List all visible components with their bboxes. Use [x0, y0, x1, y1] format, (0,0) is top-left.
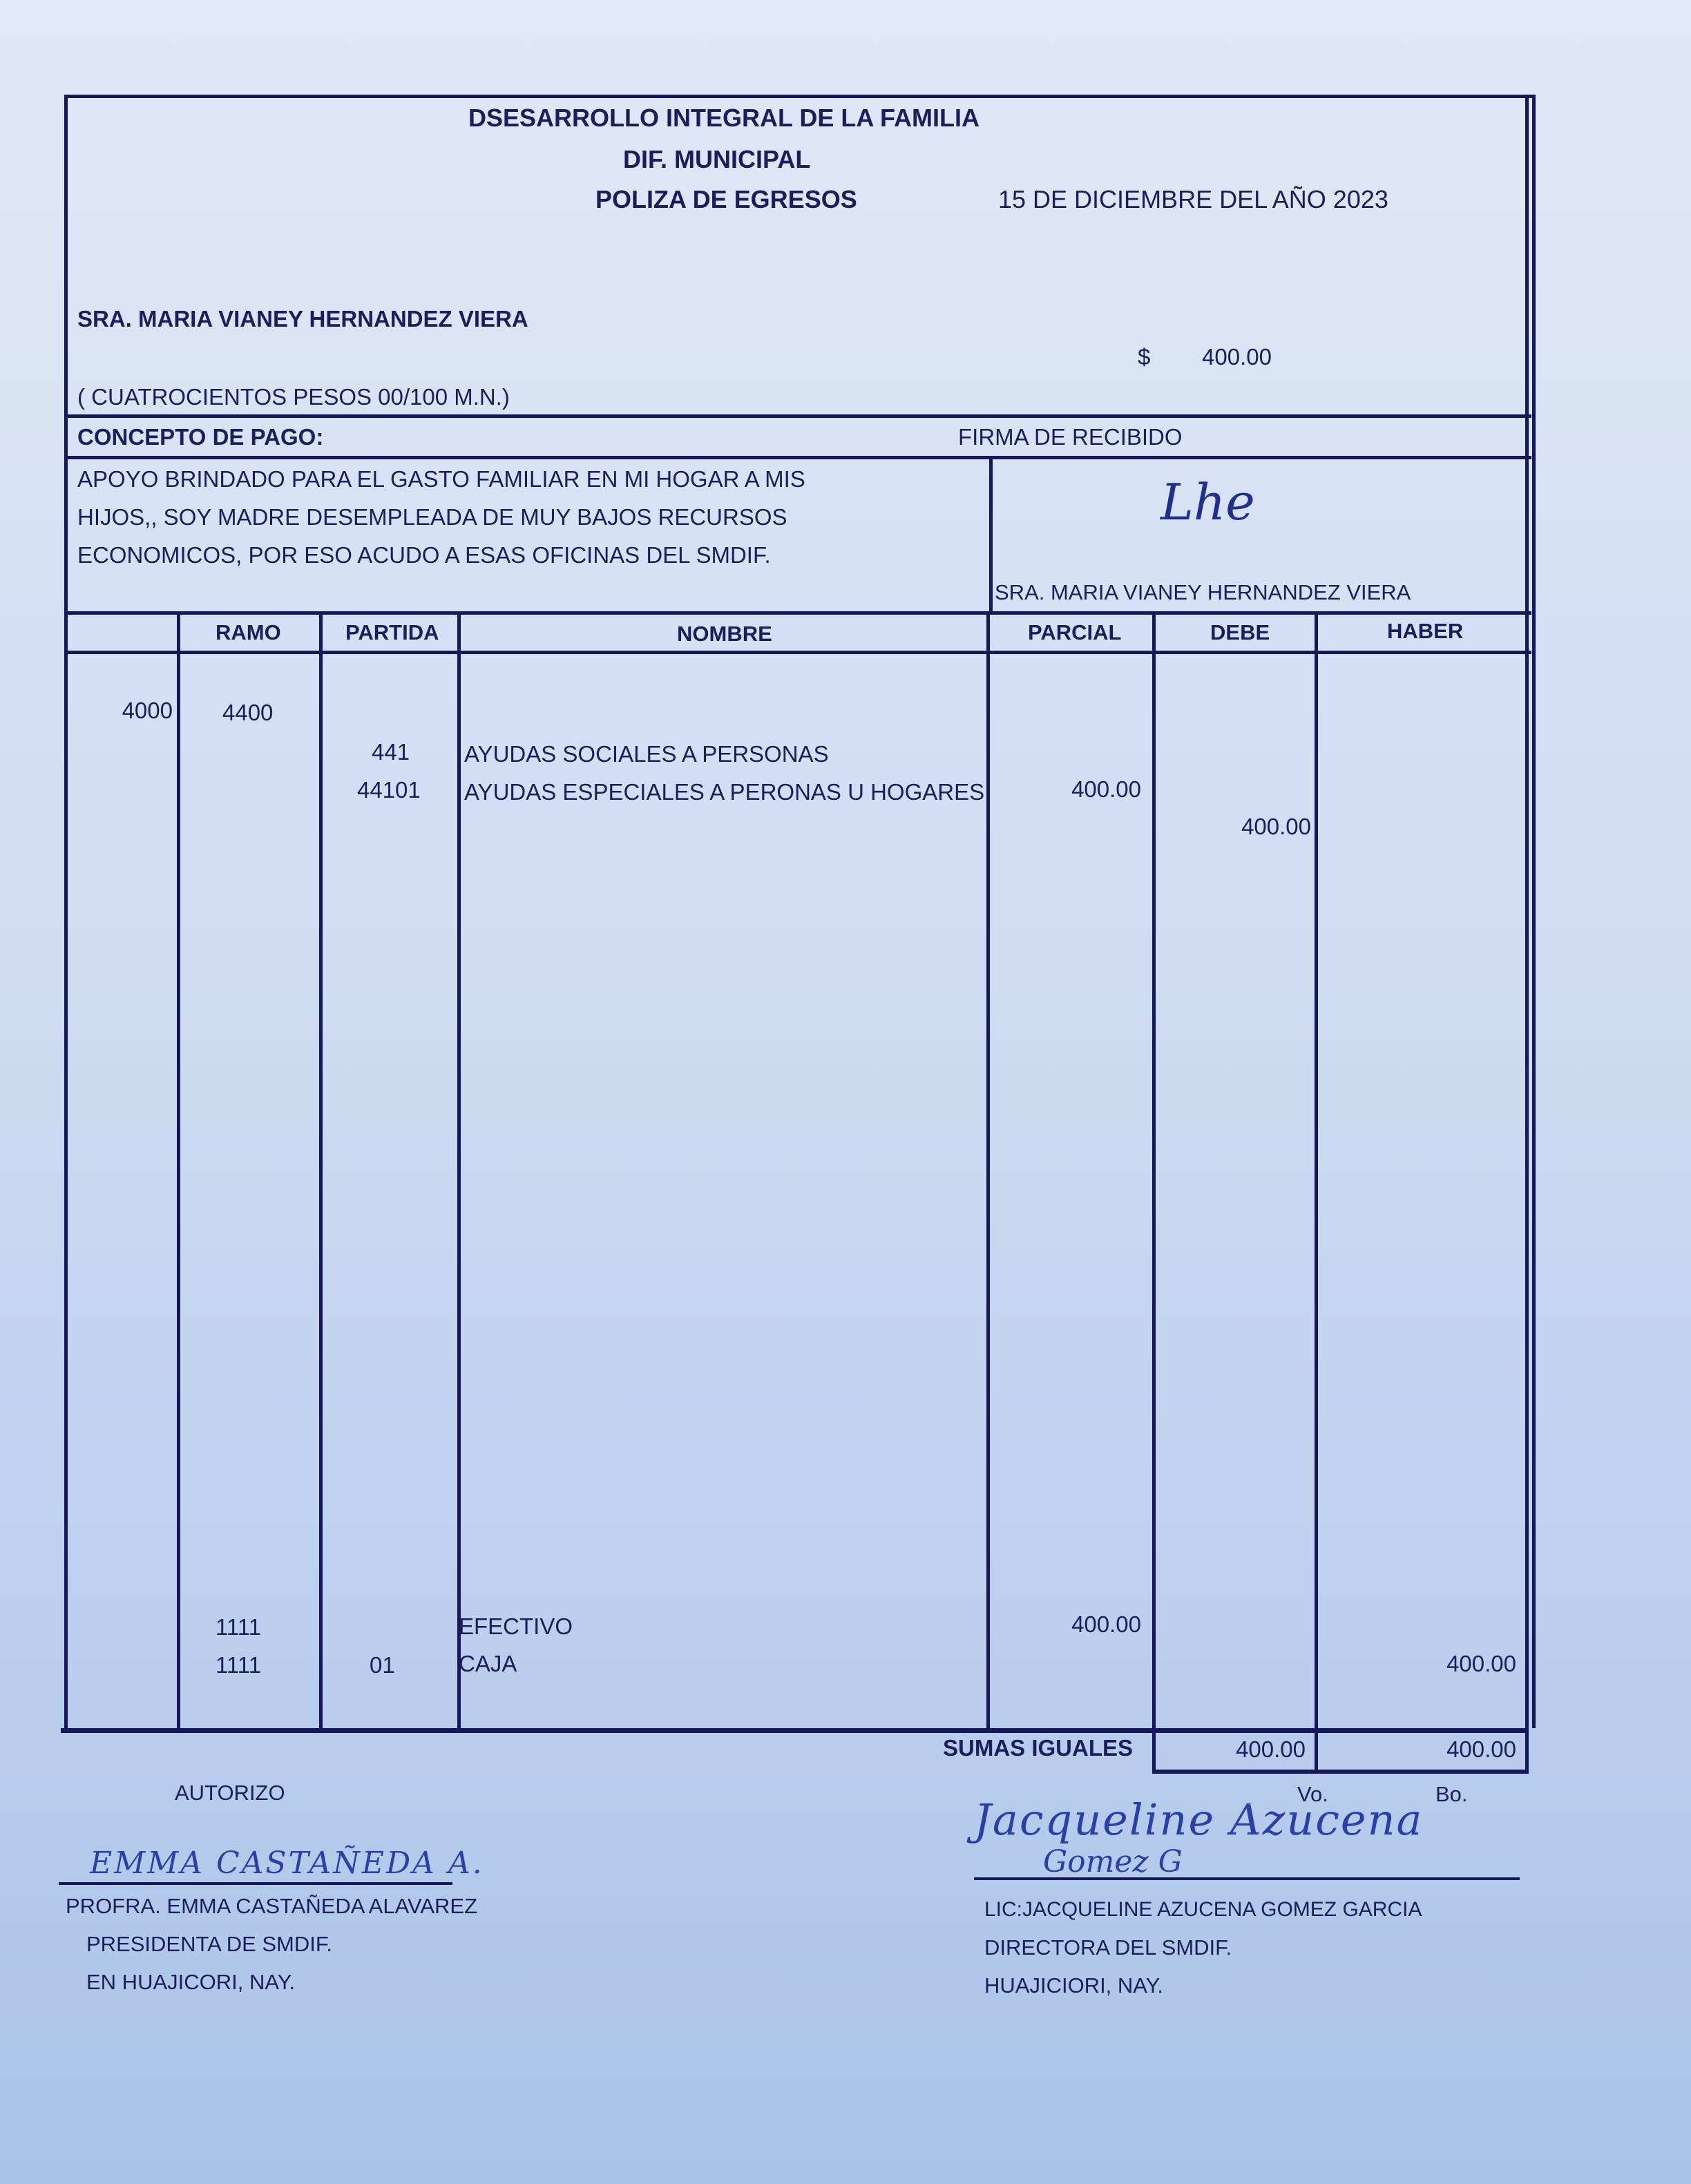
table-header-bottom: [67, 651, 1531, 654]
left-signer-place: EN HUAJICORI, NAY.: [86, 1970, 295, 1995]
row6-haber: 400.00: [1319, 1651, 1516, 1677]
org-line-1: DSESARROLLO INTEGRAL DE LA FAMILIA: [468, 104, 980, 133]
row2-partida: 441: [372, 739, 410, 765]
row5-nombre: EFECTIVO: [459, 1613, 573, 1640]
recipient-name: SRA. MARIA VIANEY HERNANDEZ VIERA: [995, 580, 1411, 605]
concept-line-1: APOYO BRINDADO PARA EL GASTO FAMILIAR EN…: [77, 466, 805, 492]
right-handwritten-signature-line1: Jacqueline Azucena: [974, 1794, 1424, 1845]
row3-nombre: AYUDAS ESPECIALES A PERONAS U HOGARES: [464, 779, 984, 805]
col-header-debe: DEBE: [1210, 620, 1270, 645]
col-header-haber: HABER: [1387, 619, 1463, 644]
bo-caption: Bo.: [1435, 1782, 1468, 1807]
table-bottom: [61, 1728, 1529, 1733]
payee-amount: 400.00: [1202, 344, 1272, 370]
left-handwritten-signature: EMMA CASTAÑEDA A.: [90, 1846, 484, 1881]
left-signature-line: [59, 1882, 452, 1885]
divider-signature-box: [989, 457, 993, 615]
row3-parcial: 400.00: [995, 776, 1141, 803]
document-type: POLIZA DE EGRESOS: [595, 185, 857, 214]
row5-parcial: 400.00: [995, 1611, 1141, 1638]
currency-symbol: $: [1138, 344, 1150, 370]
recipient-signature: Lhe: [1160, 473, 1255, 531]
document-date: 15 DE DICIEMBRE DEL AÑO 2023: [998, 185, 1388, 214]
signature-received-label: FIRMA DE RECIBIDO: [958, 424, 1183, 450]
left-signer-name: PROFRA. EMMA CASTAÑEDA ALAVAREZ: [66, 1894, 477, 1919]
col-header-ramo: RAMO: [216, 620, 281, 645]
col-divider-6: [1315, 613, 1318, 1773]
row3-partida: 44101: [357, 777, 421, 803]
total-debe: 400.00: [1160, 1736, 1306, 1763]
row6-nombre: CAJA: [459, 1651, 517, 1677]
divider-concept-bottom: [67, 456, 1531, 459]
col-header-nombre: NOMBRE: [677, 622, 772, 646]
divider-concept-top: [67, 414, 1531, 418]
right-signer-title: DIRECTORA DEL SMDIF.: [984, 1935, 1232, 1960]
row1-ramo: 4400: [222, 700, 273, 726]
row6-partida: 01: [370, 1652, 395, 1678]
table-header-top: [67, 611, 1531, 615]
authorize-caption: AUTORIZO: [175, 1781, 285, 1805]
col-divider-5: [1152, 613, 1156, 1773]
amount-in-words: ( CUATROCIENTOS PESOS 00/100 M.N.): [77, 384, 510, 410]
col-header-parcial: PARCIAL: [1028, 620, 1121, 645]
right-signer-place: HUAJICIORI, NAY.: [984, 1973, 1163, 1998]
col-divider-3: [457, 613, 461, 1732]
col-divider-2: [319, 613, 323, 1732]
payee-name: SRA. MARIA VIANEY HERNANDEZ VIERA: [77, 306, 528, 332]
right-handwritten-signature-line2: Gomez G: [1043, 1844, 1183, 1879]
total-haber: 400.00: [1319, 1736, 1516, 1763]
row6-ramo: 1111: [216, 1652, 261, 1678]
concept-label: CONCEPTO DE PAGO:: [77, 424, 323, 450]
totals-label: SUMAS IGUALES: [943, 1735, 1133, 1761]
row2-nombre: AYUDAS SOCIALES A PERSONAS: [464, 741, 829, 767]
left-signer-title: PRESIDENTA DE SMDIF.: [86, 1932, 332, 1957]
row1-cuenta: 4000: [90, 698, 173, 724]
concept-line-3: ECONOMICOS, POR ESO ACUDO A ESAS OFICINA…: [77, 542, 771, 568]
row5-ramo: 1111: [216, 1614, 261, 1640]
right-signature-line: [974, 1877, 1520, 1880]
col-divider-4: [986, 613, 990, 1732]
right-signer-name: LIC:JACQUELINE AZUCENA GOMEZ GARCIA: [984, 1898, 1422, 1922]
org-line-2: DIF. MUNICIPAL: [623, 145, 810, 174]
concept-line-2: HIJOS,, SOY MADRE DESEMPLEADA DE MUY BAJ…: [77, 504, 787, 530]
col-header-partida: PARTIDA: [345, 620, 439, 645]
col-divider-right: [1525, 95, 1529, 1773]
row4-debe: 400.00: [1160, 814, 1311, 840]
totals-bottom: [1152, 1770, 1529, 1774]
col-divider-1: [177, 613, 180, 1732]
